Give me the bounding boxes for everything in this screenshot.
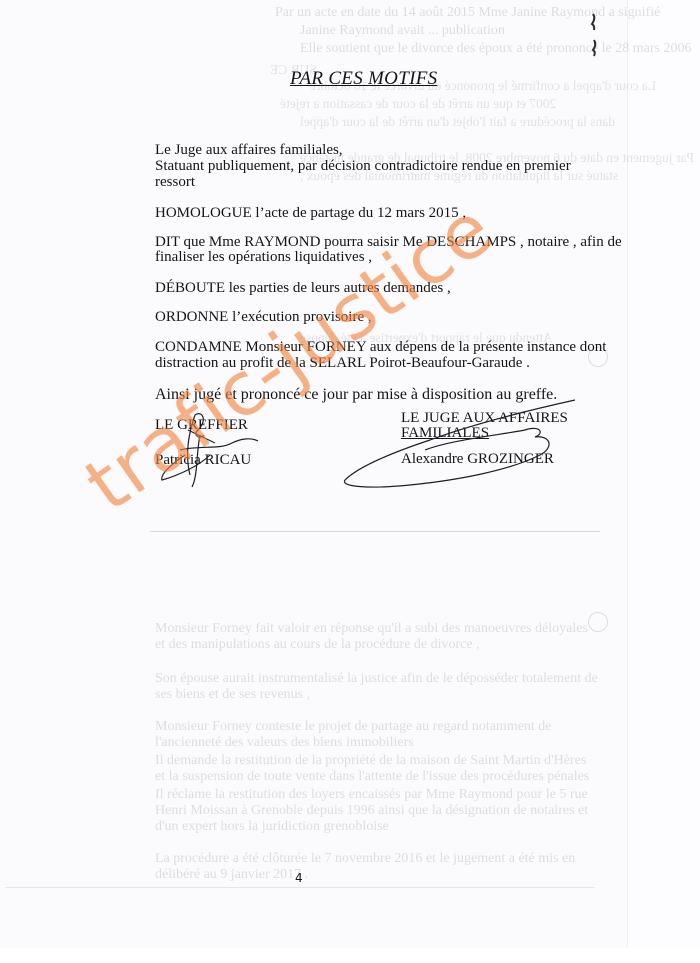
bleed-through-line: dans la procédure a fait l'objet d'un ar… [300,114,615,130]
body-line: finaliser les opérations liquidatives , [155,249,372,266]
bleed-through-line: Il réclame la restitution des loyers enc… [155,786,588,803]
scan-edge [627,0,700,963]
faint-rule [150,531,600,532]
bleed-through-line: Il demande la restitution de la propriét… [155,752,586,769]
body-line: HOMOLOGUE l’acte de partage du 12 mars 2… [155,205,466,222]
judge-signature [330,395,580,495]
body-line: CONDAMNE Monsieur FORNEY aux dépens de l… [155,339,606,356]
bleed-through-line: La procédure a été clôturée le 7 novembr… [155,850,575,867]
clerk-signature [140,395,270,495]
body-line: distraction au profit de la SELARL Poiro… [155,355,530,372]
bleed-through-line: Monsieur Forney fait valoir en réponse q… [155,620,588,637]
body-line: Le Juge aux affaires familiales, [155,142,343,159]
bleed-through-line: Monsieur Forney conteste le projet de pa… [155,718,552,735]
bleed-through-line: Son épouse aurait instrumentalisé la jus… [155,670,598,687]
bleed-through-line: Janine Raymond avait ... publication [300,22,505,39]
bleed-through-line: l'ancienneté des valeurs des biens immob… [155,734,414,751]
bleed-through-line: ses biens et de ses revenus , [155,686,310,703]
body-line: ressort [155,174,195,191]
bleed-through-line: 2007 et que un arrêt de la cour de cassa… [280,96,556,112]
page-number: 4 [295,871,303,885]
bleed-through-line: et la suspension de toute vente dans l'a… [155,768,589,785]
scanned-page: Par un acte en date du 14 août 2015 Mme … [0,0,700,963]
scan-margin [0,948,700,963]
bleed-through-line: d'un expert hors la juridiction grenoblo… [155,818,389,835]
staple-icon [585,10,605,60]
body-line: DÉBOUTE les parties de leurs autres dema… [155,280,451,297]
punch-hole-mark [588,612,608,632]
body-line: Statuant publiquement, par décision cont… [155,158,571,175]
bleed-through-line: délibéré au 9 janvier 2017 . [155,866,308,883]
body-line: ORDONNE l’exécution provisoire , [155,309,372,326]
bleed-through-line: Elle soutient que le divorce des époux a… [300,40,692,57]
page-title: PAR CES MOTIFS [290,68,437,90]
bleed-through-line: et des manipulations au cours de la proc… [155,636,480,653]
faint-rule [5,887,595,888]
bleed-through-line: Henri Moissan à Grenoble depuis 1996 ain… [155,802,588,819]
